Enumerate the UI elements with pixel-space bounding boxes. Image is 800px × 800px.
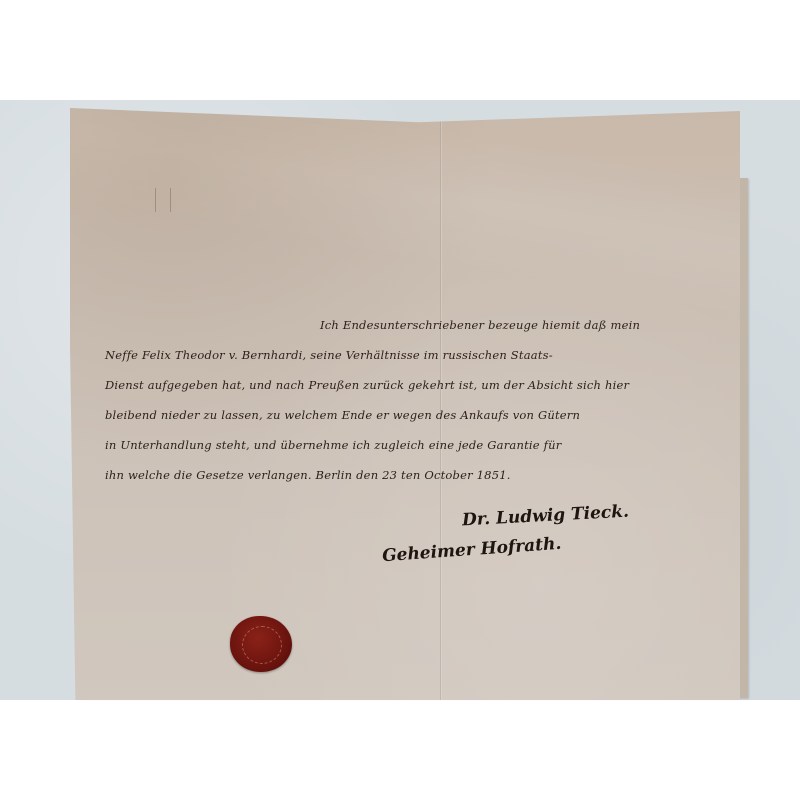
letter-line-5: in Unterhandlung steht, und übernehme ic… <box>105 438 561 452</box>
letter-line-4: bleibend nieder zu lassen, zu welchem En… <box>105 408 580 422</box>
letter-line-3: Dienst aufgegeben hat, und nach Preußen … <box>105 378 629 392</box>
letter-line-1: Ich Endesunterschriebener bezeuge hiemit… <box>320 318 640 332</box>
letter-paper: Ich Endesunterschriebener bezeuge hiemit… <box>70 108 740 700</box>
letter-line-6: ihn welche die Gesetze verlangen. Berlin… <box>105 468 511 482</box>
letter-line-2: Neffe Felix Theodor v. Bernhardi, seine … <box>105 348 553 362</box>
letter-body: Ich Endesunterschriebener bezeuge hiemit… <box>70 108 740 700</box>
wax-seal-icon <box>230 616 292 672</box>
